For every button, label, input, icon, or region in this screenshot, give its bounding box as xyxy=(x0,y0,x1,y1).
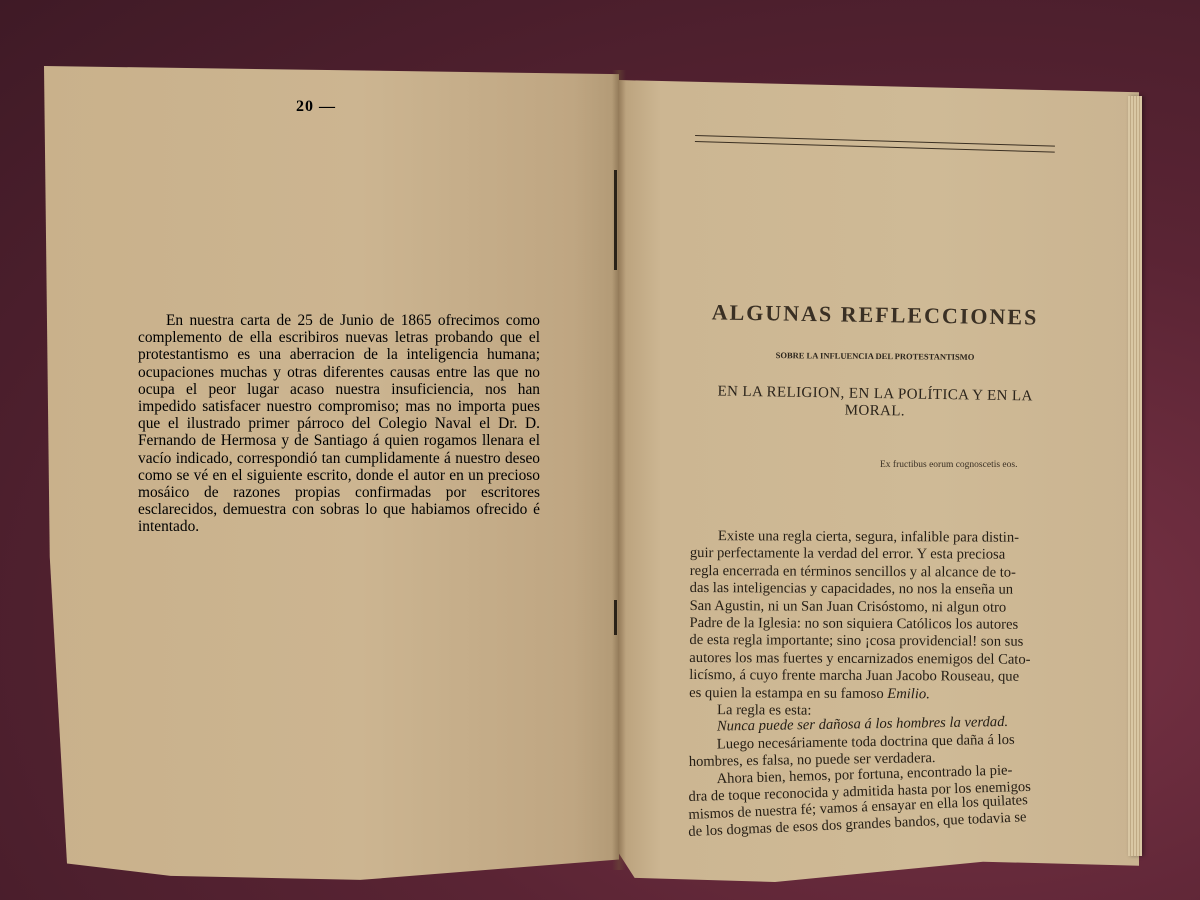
page-number: 20 — xyxy=(296,98,336,116)
epigraph: Ex fructibus eorum cognoscetis eos. xyxy=(880,460,1017,470)
body-line: regla encerrada en términos sencillos y … xyxy=(690,563,1047,582)
body-line: das las inteligencias y capacidades, no … xyxy=(690,580,1047,599)
body-line: autores los mas fuertes y encarnizados e… xyxy=(689,650,1046,669)
page-edges xyxy=(1128,96,1142,856)
body-line: Existe una regla cierta, segura, infalib… xyxy=(690,528,1047,547)
chapter-subtitle-large: EN LA RELIGION, EN LA POLÍTICA Y EN LA M… xyxy=(690,383,1060,423)
body-line: licísmo, á cuyo frente marcha Juan Jacob… xyxy=(689,667,1046,686)
body-line: guir perfectamente la verdad del error. … xyxy=(690,545,1047,564)
binding-stitch xyxy=(614,170,617,270)
intro-paragraph: En nuestra carta de 25 de Junio de 1865 … xyxy=(138,312,540,536)
body-line: es quien la estampa en su famoso Emilio. xyxy=(689,685,1046,704)
body-line: Padre de la Iglesia: no son siquiera Cat… xyxy=(689,615,1046,634)
body-text: Existe una regla cierta, segura, infalib… xyxy=(688,528,1047,843)
intro-paragraph-text: En nuestra carta de 25 de Junio de 1865 … xyxy=(138,312,540,535)
body-line: de esta regla importante; sino ¡cosa pro… xyxy=(689,632,1046,651)
binding-stitch xyxy=(614,600,617,635)
emilio-italic: Emilio. xyxy=(887,686,930,702)
body-line-text: es quien la estampa en su famoso xyxy=(689,685,884,702)
body-line: San Agustin, ni un San Juan Crisóstomo, … xyxy=(690,598,1047,617)
